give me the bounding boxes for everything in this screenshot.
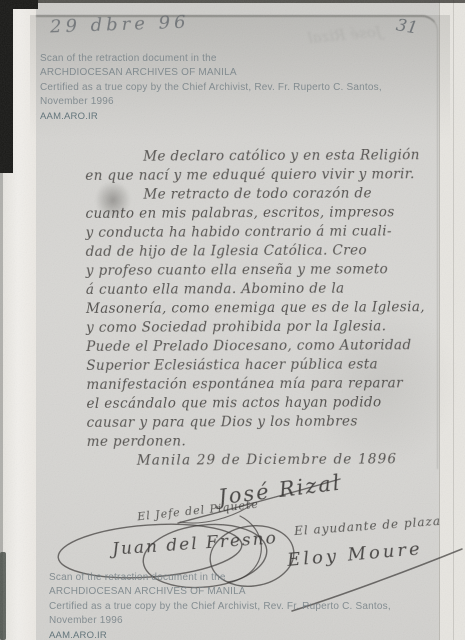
manuscript-dateline: Manila 29 de Diciembre de 1896: [87, 450, 455, 471]
archive-overlay-bottom: Scan of the retraction document in the A…: [49, 571, 391, 640]
manuscript-line: en que nací y me eduqué quiero vivir y m…: [85, 165, 453, 186]
pencil-date-annotation: 29 dbre 96: [50, 12, 190, 38]
paper-crease-line: [453, 0, 454, 640]
signature-juan-del-fresno: Juan del Fresno: [112, 528, 279, 560]
overlay-line-3: Certified as a true copy by the Chief Ar…: [40, 81, 382, 95]
paper-grain-texture: [0, 0, 465, 640]
manuscript-line: y profeso cuanto ella enseña y me someto: [86, 260, 454, 281]
scan-edge-left: [0, 173, 3, 640]
scan-edge-top-left: [0, 0, 13, 173]
manuscript-line: Me declaro católico y en esta Religión: [85, 146, 453, 167]
manuscript-line: Masonería, como enemiga que es de la Igl…: [86, 298, 454, 319]
overlay-line-3: Certified as a true copy by the Chief Ar…: [49, 600, 391, 614]
witness1-title: El Jefe del Piquete: [137, 498, 260, 524]
scan-edge-top: [0, 0, 465, 3]
overlay-line-1: Scan of the retraction document in the: [40, 52, 382, 66]
manuscript-line: y como Sociedad prohibida por la Iglesia…: [86, 317, 454, 338]
overlay-line-2: ARCHDIOCESAN ARCHIVES OF MANILA: [49, 585, 391, 599]
paper-right-margin: [439, 0, 465, 640]
scan-edge-bottom-left: [0, 552, 6, 640]
witness2-title: El ayudante de plaza: [294, 514, 442, 538]
archive-overlay-top: Scan of the retraction document in the A…: [40, 52, 382, 124]
overlay-line-1: Scan of the retraction document in the: [49, 571, 391, 585]
overlay-line-4: November 1996: [49, 614, 391, 628]
signature-flourishes: [0, 0, 465, 640]
manuscript-text-block: Me declaro católico y en esta Religión e…: [85, 146, 455, 471]
scan-shading-top: [30, 15, 450, 140]
pencil-page-number: 31: [395, 15, 420, 38]
manuscript-line: Puede el Prelado Diocesano, como Autorid…: [86, 336, 454, 357]
manuscript-line: Me retracto de todo corazón de: [85, 184, 453, 205]
manuscript-line: cuanto en mis palabras, escritos, impres…: [85, 203, 453, 224]
manuscript-line: Superior Eclesiástica hacer pública esta: [86, 355, 454, 376]
overlay-archive-code: AAM.ARO.IR: [49, 629, 391, 640]
manuscript-line: manifestación espontánea mía para repara…: [86, 374, 454, 395]
paper-left-margin: [3, 6, 36, 640]
overlay-archive-code: AAM.ARO.IR: [40, 110, 382, 124]
manuscript-line: á cuanto ella manda. Abomino de la: [86, 279, 454, 300]
overlay-line-4: November 1996: [40, 95, 382, 109]
ink-stain: [95, 181, 131, 219]
signature-eloy-moure: Eloy Moure: [286, 538, 423, 571]
manuscript-line: causar y para que Dios y los hombres: [87, 412, 455, 433]
document-scan: José Rizal 29 dbre 96 31 Scan of the ret…: [0, 0, 465, 640]
scan-edge-top-left-cap: [0, 0, 38, 9]
signature-jose-rizal: José Rizal: [217, 471, 343, 510]
manuscript-line: el escándalo que mis actos hayan podido: [86, 393, 454, 414]
overlay-line-2: ARCHDIOCESAN ARCHIVES OF MANILA: [40, 66, 382, 80]
scan-shading-right: [300, 300, 460, 470]
manuscript-line: me perdonen.: [87, 431, 455, 452]
manuscript-line: dad de hijo de la Iglesia Católica. Creo: [86, 241, 454, 262]
ink-bleedthrough: José Rizal: [212, 23, 383, 56]
manuscript-line: y conducta ha habido contrario á mi cual…: [86, 222, 454, 243]
photograph-border: [36, 15, 438, 469]
